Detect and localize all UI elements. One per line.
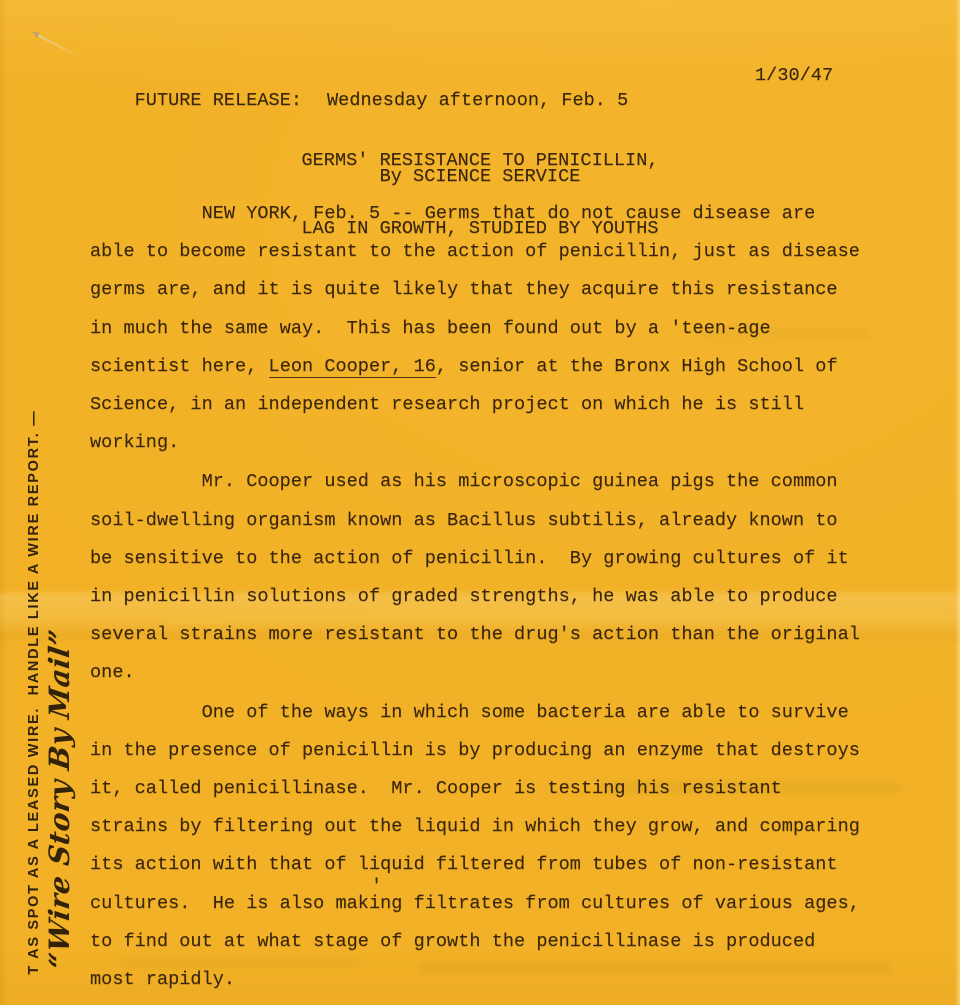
byline: By SCIENCE SERVICE <box>95 165 865 189</box>
body-text-segment: its action with that of liquid filtered … <box>90 854 838 875</box>
body-line: strains by filtering out the liquid in w… <box>90 808 890 846</box>
paragraph: NEW YORK, Feb. 5 -- Germs that do not ca… <box>90 195 890 462</box>
body-line: Mr. Cooper used as his microscopic guine… <box>90 463 890 501</box>
body-line: Science, in an independent research proj… <box>90 386 890 424</box>
body-line: one. <box>90 654 890 692</box>
body-text-segment: one. <box>90 662 135 683</box>
body-text-segment: soil-dwelling organism known as Bacillus… <box>90 510 838 531</box>
body-line: working. <box>90 424 890 462</box>
body-text-segment: One of the ways in which some bacteria a… <box>202 702 849 723</box>
body-text-segment: be sensitive to the action of penicillin… <box>90 548 849 569</box>
paragraph: Mr. Cooper used as his microscopic guine… <box>90 463 890 692</box>
body-line: germs are, and it is quite likely that t… <box>90 271 890 309</box>
body-text-segment: Science, in an independent research proj… <box>90 394 804 415</box>
body-text-segment: in the presence of penicillin is by prod… <box>90 740 860 761</box>
body-line: several strains more resistant to the dr… <box>90 616 890 654</box>
body-line: able to become resistant to the action o… <box>90 233 890 271</box>
body-line: in much the same way. This has been foun… <box>90 310 890 348</box>
body-text-segment: , senior at the Bronx High School of <box>436 356 838 377</box>
body-text-segment: in much the same way. This has been foun… <box>90 318 771 339</box>
body-line: most rapidly. <box>90 961 890 999</box>
press-release-page: T AS SPOT AS A LEASED WIRE. HANDLE LIKE … <box>0 0 960 1005</box>
body-line: One of the ways in which some bacteria a… <box>90 694 890 732</box>
body-line: soil-dwelling organism known as Bacillus… <box>90 502 890 540</box>
body-line: NEW YORK, Feb. 5 -- Germs that do not ca… <box>90 195 890 233</box>
file-date: 1/30/47 <box>755 63 833 88</box>
body-line: in penicillin solutions of graded streng… <box>90 578 890 616</box>
body-text-segment: scientist here, <box>90 356 269 377</box>
body-text-segment: Mr. Cooper used as his microscopic guine… <box>202 471 838 492</box>
body-text-segment: strains by filtering out the liquid in w… <box>90 816 860 837</box>
body-text: NEW YORK, Feb. 5 -- Germs that do not ca… <box>90 195 890 999</box>
body-line: to find out at what stage of growth the … <box>90 923 890 961</box>
body-line: in the presence of penicillin is by prod… <box>90 732 890 770</box>
body-line: it, called penicillinase. Mr. Cooper is … <box>90 770 890 808</box>
body-text-segment: able to become resistant to the action o… <box>90 241 860 262</box>
body-line: cultures. He is also making filtrates fr… <box>90 885 890 923</box>
body-text-segment: it, called penicillinase. Mr. Cooper is … <box>90 778 782 799</box>
body-line: be sensitive to the action of penicillin… <box>90 540 890 578</box>
body-line: scientist here, Leon Cooper, 16, senior … <box>90 348 890 386</box>
body-text-segment: cultures. He is also making filtrates fr… <box>90 893 860 914</box>
left-margin-stamp: T AS SPOT AS A LEASED WIRE. HANDLE LIKE … <box>7 0 94 1005</box>
body-text-segment: several strains more resistant to the dr… <box>90 624 860 645</box>
body-text-segment: germs are, and it is quite likely that t… <box>90 279 838 300</box>
margin-stamp-caps: T AS SPOT AS A LEASED WIRE. HANDLE LIKE … <box>26 410 42 975</box>
body-text-segment: working. <box>90 432 179 453</box>
underlined-name: Leon Cooper, 16 <box>269 356 436 378</box>
body-text-segment: in penicillin solutions of graded streng… <box>90 586 838 607</box>
body-line: its action with that of liquid filtered … <box>90 846 890 884</box>
margin-stamp-script: “Wire Story By Mail” <box>43 627 76 971</box>
body-text-segment: to find out at what stage of growth the … <box>90 931 815 952</box>
paragraph: One of the ways in which some bacteria a… <box>90 694 890 1000</box>
body-text-segment: most rapidly. <box>90 969 235 990</box>
body-text-segment: NEW YORK, Feb. 5 -- Germs that do not ca… <box>202 203 816 224</box>
stray-typewriter-mark: ' <box>371 878 382 896</box>
